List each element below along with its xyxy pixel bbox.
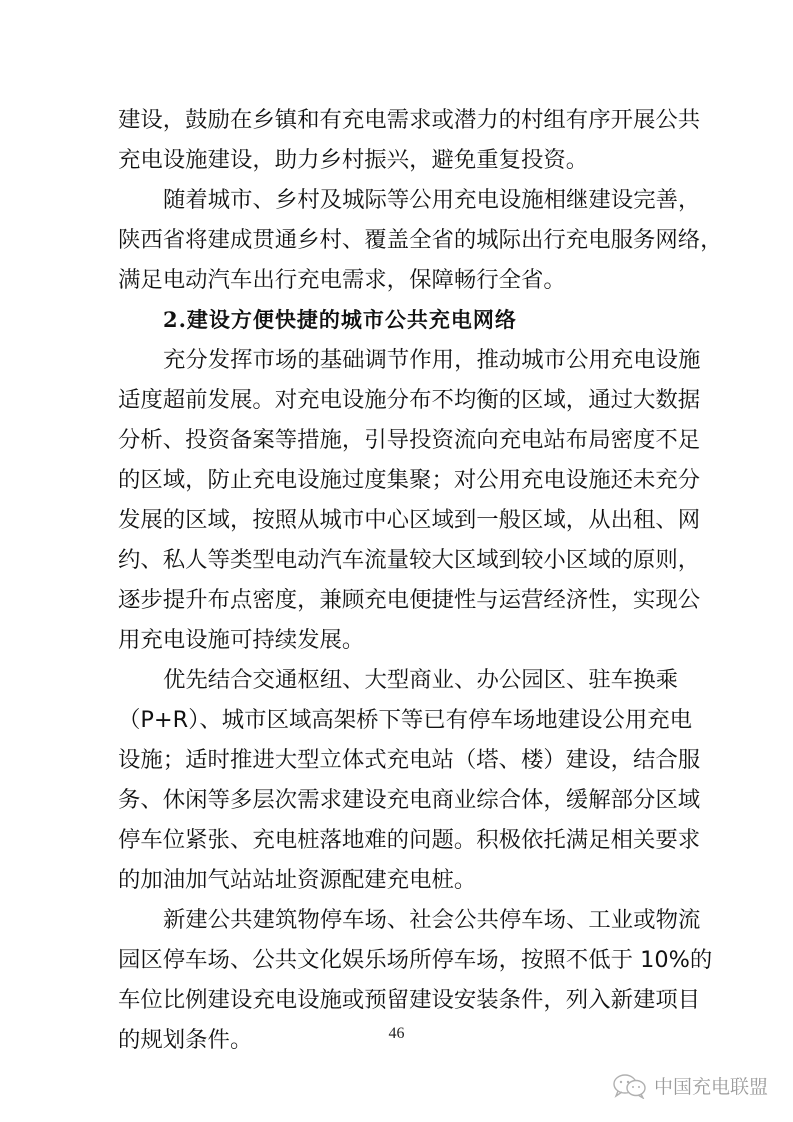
paragraph-line: 新建公共建筑物停车场、社会公共停车场、工业或物流 <box>163 900 700 940</box>
paragraph-line: 建设，鼓励在乡镇和有充电需求或潜力的村组有序开展公共 <box>118 100 700 140</box>
paragraph-line: 优先结合交通枢纽、大型商业、办公园区、驻车换乘 <box>163 660 678 700</box>
watermark-text: 中国充电联盟 <box>654 1072 768 1099</box>
paragraph-line: （P+R）、城市区域高架桥下等已有停车场地建设公用充电 <box>118 700 692 740</box>
paragraph-line: 充电设施建设，助力乡村振兴，避免重复投资。 <box>118 140 588 180</box>
paragraph-line: 逐步提升布点密度，兼顾充电便捷性与运营经济性，实现公 <box>118 580 700 620</box>
paragraph-line: 车位比例建设充电设施或预留建设安装条件，列入新建项目 <box>118 980 700 1020</box>
paragraph-line: 务、休闲等多层次需求建设充电商业综合体，缓解部分区域 <box>118 780 700 820</box>
paragraph-line: 分析、投资备案等措施，引导投资流向充电站布局密度不足 <box>118 420 700 460</box>
page-number: 46 <box>0 1025 793 1043</box>
paragraph-line: 约、私人等类型电动汽车流量较大区域到较小区域的原则， <box>118 540 700 580</box>
section-heading: 2.建设方便快捷的城市公共充电网络 <box>163 300 517 340</box>
paragraph-line: 设施；适时推进大型立体式充电站（塔、楼）建设，结合服 <box>118 740 700 780</box>
paragraph-line: 适度超前发展。对充电设施分布不均衡的区域，通过大数据 <box>118 380 700 420</box>
paragraph-line: 发展的区域，按照从城市中心区域到一般区域，从出租、网 <box>118 500 700 540</box>
paragraph-line: 陕西省将建成贯通乡村、覆盖全省的城际出行充电服务网络， <box>118 220 723 260</box>
paragraph-line: 园区停车场、公共文化娱乐场所停车场，按照不低于 10%的 <box>118 940 712 980</box>
paragraph-line: 满足电动汽车出行充电需求，保障畅行全省。 <box>118 260 566 300</box>
paragraph-line: 的区域，防止充电设施过度集聚；对公用充电设施还未充分 <box>118 460 700 500</box>
paragraph-line: 停车位紧张、充电桩落地难的问题。积极依托满足相关要求 <box>118 820 700 860</box>
paragraph-line: 用充电设施可持续发展。 <box>118 620 364 660</box>
paragraph-line: 充分发挥市场的基础调节作用，推动城市公用充电设施 <box>163 340 700 380</box>
paragraph-line: 的加油加气站站址资源配建充电桩。 <box>118 860 476 900</box>
wechat-icon <box>612 1073 648 1099</box>
watermark: 中国充电联盟 <box>612 1072 768 1099</box>
paragraph-line: 随着城市、乡村及城际等公用充电设施相继建设完善， <box>163 180 700 220</box>
